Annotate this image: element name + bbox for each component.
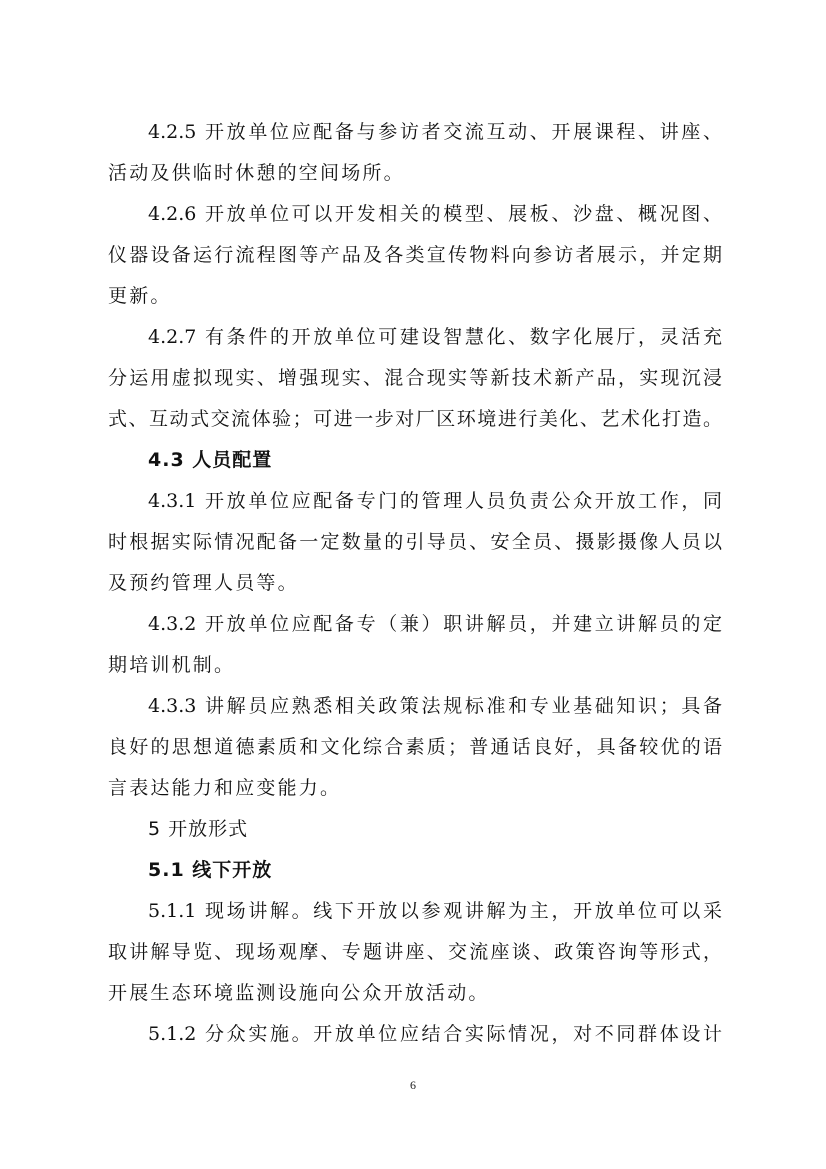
paragraph-5-1-1-line-3: 开展生态环境监测设施向公众开放活动。: [108, 973, 722, 1014]
page-body: 4.2.5 开放单位应配备与参访者交流互动、开展课程、讲座、 活动及供临时休憩的…: [108, 112, 722, 1055]
paragraph-5-1-2-line-1: 5.1.2 分众实施。开放单位应结合实际情况，对不同群体设计: [108, 1014, 722, 1055]
paragraph-5-1-1-line-1: 5.1.1 现场讲解。线下开放以参观讲解为主，开放单位可以采: [108, 891, 722, 932]
paragraph-4-2-5-line-1: 4.2.5 开放单位应配备与参访者交流互动、开展课程、讲座、: [108, 112, 722, 153]
paragraph-4-3-1-line-1: 4.3.1 开放单位应配备专门的管理人员负责公众开放工作，同: [108, 481, 722, 522]
paragraph-5-1-1-line-2: 取讲解导览、现场观摩、专题讲座、交流座谈、政策咨询等形式，: [108, 932, 722, 973]
heading-5-1: 5.1 线下开放: [108, 850, 722, 891]
paragraph-4-3-3-line-1: 4.3.3 讲解员应熟悉相关政策法规标准和专业基础知识；具备: [108, 686, 722, 727]
paragraph-4-3-2-line-2: 期培训机制。: [108, 645, 722, 686]
paragraph-4-3-3-line-3: 言表达能力和应变能力。: [108, 768, 722, 809]
paragraph-4-2-7-line-1: 4.2.7 有条件的开放单位可建设智慧化、数字化展厅，灵活充: [108, 317, 722, 358]
document-page: 4.2.5 开放单位应配备与参访者交流互动、开展课程、讲座、 活动及供临时休憩的…: [0, 0, 826, 1169]
heading-5: 5 开放形式: [108, 809, 722, 850]
paragraph-4-2-6-line-2: 仪器设备运行流程图等产品及各类宣传物料向参访者展示，并定期: [108, 235, 722, 276]
paragraph-4-2-6-line-1: 4.2.6 开放单位可以开发相关的模型、展板、沙盘、概况图、: [108, 194, 722, 235]
paragraph-4-3-2-line-1: 4.3.2 开放单位应配备专（兼）职讲解员，并建立讲解员的定: [108, 604, 722, 645]
paragraph-4-3-3-line-2: 良好的思想道德素质和文化综合素质；普通话良好，具备较优的语: [108, 727, 722, 768]
heading-4-3: 4.3 人员配置: [108, 440, 722, 481]
paragraph-4-3-1-line-3: 及预约管理人员等。: [108, 563, 722, 604]
paragraph-4-2-5-line-2: 活动及供临时休憩的空间场所。: [108, 153, 722, 194]
paragraph-4-2-7-line-3: 式、互动式交流体验；可进一步对厂区环境进行美化、艺术化打造。: [108, 399, 722, 440]
page-number: 6: [0, 1078, 826, 1093]
paragraph-4-2-6-line-3: 更新。: [108, 276, 722, 317]
paragraph-4-2-7-line-2: 分运用虚拟现实、增强现实、混合现实等新技术新产品，实现沉浸: [108, 358, 722, 399]
paragraph-4-3-1-line-2: 时根据实际情况配备一定数量的引导员、安全员、摄影摄像人员以: [108, 522, 722, 563]
